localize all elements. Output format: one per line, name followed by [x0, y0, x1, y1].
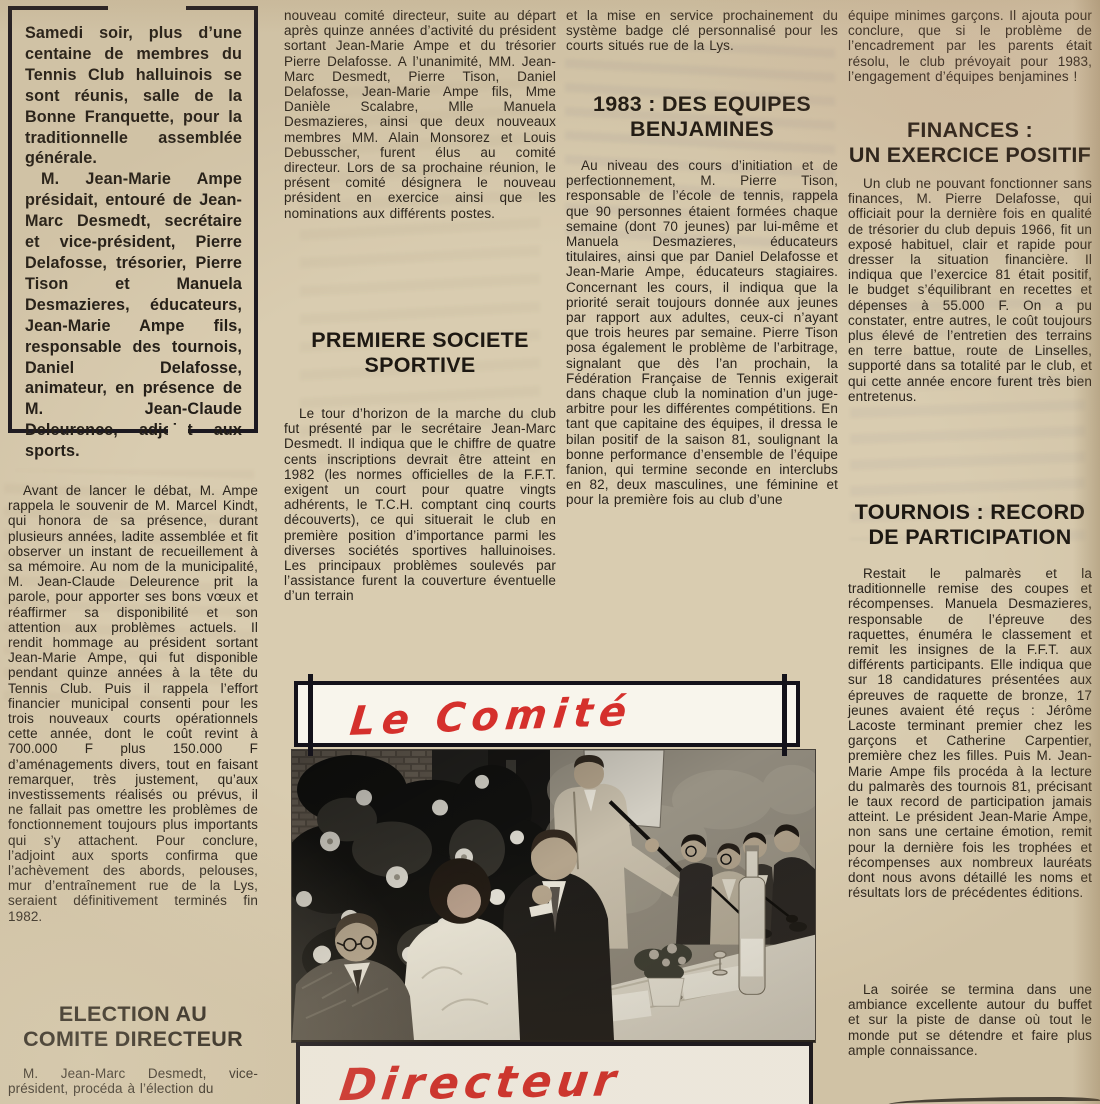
column-2: nouveau comité directeur, suite au dépar…	[284, 0, 556, 700]
article-paragraph: Au niveau des cours d’initiation et de p…	[566, 158, 838, 508]
frame-tick	[308, 674, 313, 756]
handwritten-caption-top: Le Comité	[348, 683, 799, 745]
section-heading-finances: FINANCES : UN EXERCICE POSITIF	[848, 118, 1092, 168]
column-4: équipe minimes garçons. Il ajouta pour c…	[848, 0, 1092, 1104]
section-heading-tournois: TOURNOIS : RECORD DE PARTICIPATION	[848, 500, 1092, 550]
frame-tick	[782, 674, 787, 756]
article-paragraph: nouveau comité directeur, suite au dépar…	[284, 8, 556, 221]
section-heading-premiere-societe: PREMIERE SOCIETE SPORTIVE	[284, 328, 556, 378]
column-3: et la mise en service prochainement du s…	[566, 0, 838, 700]
committee-photo	[292, 750, 815, 1042]
article-paragraph: M. Jean-Marc Desmedt, vice-président, pr…	[8, 1066, 258, 1096]
article-paragraph: et la mise en service prochainement du s…	[566, 8, 838, 54]
column-1: Avant de lancer le débat, M. Ampe rappel…	[8, 0, 258, 1104]
committee-photo-illustration	[292, 750, 815, 1040]
article-paragraph: équipe minimes garçons. Il ajouta pour c…	[848, 8, 1092, 84]
article-paragraph: Restait le palmarès et la traditionnelle…	[848, 566, 1092, 900]
section-heading-equipes-benjamines: 1983 : DES EQUIPES BENJAMINES	[566, 92, 838, 142]
handwritten-caption-bottom: Directeur	[337, 1052, 812, 1104]
paper-texture	[108, 2, 186, 14]
article-paragraph: La soirée se termina dans une ambiance e…	[848, 982, 1092, 1058]
section-heading-election: ELECTION AU COMITE DIRECTEUR	[8, 1002, 258, 1052]
article-paragraph: Le tour d’horizon de la marche du club f…	[284, 406, 556, 604]
article-paragraph: Avant de lancer le débat, M. Ampe rappel…	[8, 483, 258, 924]
newspaper-clipping: Samedi soir, plus d’une centaine de memb…	[0, 0, 1100, 1104]
paper-texture	[168, 426, 188, 438]
article-paragraph: Un club ne pouvant fonctionner sans fina…	[848, 176, 1092, 404]
photo-caption-frame-top: Le Comité	[294, 681, 800, 747]
photo-caption-frame-bottom: Directeur	[296, 1042, 813, 1104]
